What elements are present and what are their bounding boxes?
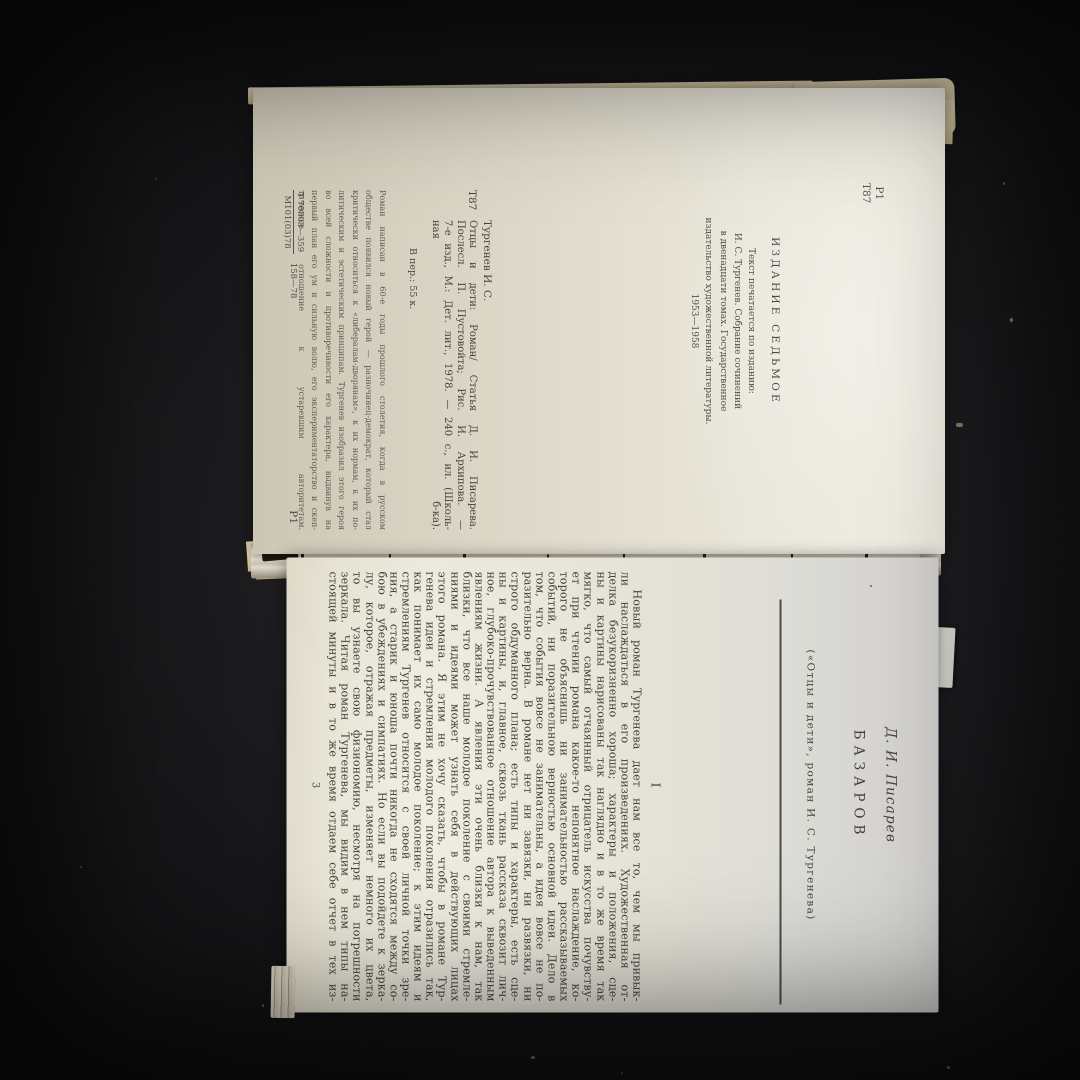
text-line: Послесл. П. Пустовойта; Рис. И. Архипова… bbox=[453, 220, 465, 530]
text-line: ет при чтении романа какое-то непонятное… bbox=[570, 572, 582, 1002]
photo-of-open-book: Р1 Т87 ИЗДАНИЕ СЕДЬМОЕ Текст печатается … bbox=[0, 0, 1080, 1080]
text-line: издательство художественной литературы. bbox=[701, 88, 715, 554]
page-number: 3 bbox=[310, 558, 321, 1013]
dust-speck bbox=[1010, 318, 1013, 322]
article-byline: Д. И. Писарев bbox=[883, 558, 899, 1013]
text-line: стремлениям Тургенев относится с своей л… bbox=[399, 572, 411, 1002]
text-line: литическим и эстетическим принципам. Тур… bbox=[335, 190, 349, 530]
text-line: стоящей минуты и в то же время отдаем се… bbox=[326, 572, 338, 1002]
edition-note: Текст печатается по изданию:И. С. Турген… bbox=[687, 88, 758, 554]
stamp-line: Т87 bbox=[860, 183, 873, 203]
article-title: БАЗАРОВ bbox=[851, 558, 867, 1013]
library-class-stamp: Р1 Т87 bbox=[860, 183, 885, 203]
article-page-surface: Д. И. Писарев БАЗАРОВ («Отцы и дети», ро… bbox=[287, 558, 939, 1013]
text-line: то вы узнаете свою физиономию, несмотря … bbox=[351, 572, 363, 1002]
text-line: ли наслаждаться в его произведениях. Худ… bbox=[618, 572, 630, 1002]
text-line: ны и картины, и, главное, сквозь ткань р… bbox=[497, 572, 509, 1002]
article-body: Новый роман Тургенева дает нам все то, ч… bbox=[326, 572, 642, 1002]
card-author: Тургенев И. С. bbox=[481, 220, 493, 301]
text-line: разительно верна. В романе нет ни завязк… bbox=[521, 572, 533, 1002]
dust-speck bbox=[621, 1072, 623, 1074]
text-line: как понимает их само молодое поколение; … bbox=[412, 572, 424, 1002]
text-line: И. С. Тургенев. Собрание сочинений bbox=[730, 88, 744, 554]
dust-speck bbox=[1003, 182, 1005, 185]
section-numeral: I bbox=[649, 558, 663, 1013]
article-subtitle: («Отцы и дети», роман И. С. Тургенева) bbox=[805, 558, 817, 1013]
index-classification: Р1 bbox=[287, 510, 299, 524]
text-line: близки, что все наше молодое поколение с… bbox=[460, 572, 472, 1002]
dust-speck bbox=[80, 866, 82, 868]
card-author-code: Т87 bbox=[466, 190, 478, 210]
text-line: ная б-ка). bbox=[429, 220, 441, 530]
dust-speck bbox=[947, 1066, 950, 1069]
text-line: том, что события вовсе не занимательны, … bbox=[533, 572, 545, 1002]
text-line: делка безукоризненно хороша; характеры и… bbox=[606, 572, 618, 1002]
text-line: ниями и идеями может узнать себя в дейст… bbox=[448, 572, 460, 1002]
text-line: Роман написан в 60-е годы прошлого столе… bbox=[376, 190, 390, 530]
index-denominator: М101(03)78 bbox=[282, 190, 293, 254]
index-numerator: Т 70803—359 bbox=[293, 190, 305, 254]
text-line: ния, а старик и юноша почти никогда не с… bbox=[387, 572, 399, 1002]
text-line: Текст печатается по изданию: bbox=[744, 88, 758, 554]
dust-speck bbox=[531, 1056, 535, 1059]
crumb bbox=[956, 423, 963, 427]
edition-heading: ИЗДАНИЕ СЕДЬМОЕ bbox=[769, 88, 781, 554]
dust-speck bbox=[262, 1004, 264, 1007]
card-index: Т 70803—359 М101(03)78 158—78 Р1 bbox=[282, 190, 305, 530]
text-line: обществе появился новый герой — разночин… bbox=[362, 190, 376, 530]
text-line: бою в убеждениях и симпатиях. Но если вы… bbox=[375, 572, 387, 1002]
text-line: Отцы и дети: Роман/ Статья Д. И. Писарев… bbox=[466, 220, 478, 530]
dust-speck bbox=[870, 585, 872, 587]
text-line: явлениям жизни. А явления эти очень близ… bbox=[472, 572, 484, 1002]
card-price: В пер.: 55 к. bbox=[407, 248, 418, 309]
text-line: событий, ни поразительною верностью осно… bbox=[545, 572, 557, 1002]
text-line: в двенадцати томах. Государственное bbox=[715, 88, 729, 554]
text-line: ное, глубоко-прочувствованное отношение … bbox=[484, 572, 496, 1002]
text-line: зеркала. Читая роман Тургенева, мы видим… bbox=[339, 572, 351, 1002]
text-line: генева идеи и стремления молодого поколе… bbox=[424, 572, 436, 1002]
fore-edge-leaves bbox=[271, 966, 296, 1018]
text-line: ны и картины нарисованы так наглядно и в… bbox=[594, 572, 606, 1002]
text-line: 7-е изд., М.: Дет. лит., 1978. — 240 с.,… bbox=[441, 220, 453, 530]
text-line: во всей сложности и противоречивости его… bbox=[322, 190, 336, 530]
text-line: Новый роман Тургенева дает нам все то, ч… bbox=[630, 572, 642, 1002]
stamp-line: Р1 bbox=[873, 183, 886, 203]
text-line: 1953—1958 bbox=[687, 88, 701, 554]
text-line: строго обдуманного плана; есть типы и ха… bbox=[509, 572, 521, 1002]
text-line: лу, которое, отражая предметы, изменяет … bbox=[363, 572, 375, 1002]
text-line: этого романа. Я этим не хочу сказать, чт… bbox=[436, 572, 448, 1002]
index-suffix: 158—78 bbox=[289, 263, 299, 299]
index-fraction: Т 70803—359 М101(03)78 bbox=[282, 190, 305, 254]
text-line: торого не объяснишь ни занимательностью … bbox=[557, 572, 569, 1002]
copyright-page-surface: Р1 Т87 ИЗДАНИЕ СЕДЬМОЕ Текст печатается … bbox=[253, 88, 945, 554]
text-line: критически относиться к «либералам-дворя… bbox=[349, 190, 363, 530]
article-page: Д. И. Писарев БАЗАРОВ («Отцы и дети», ро… bbox=[287, 557, 939, 1012]
title-rule bbox=[780, 600, 782, 1005]
text-line: первый план его ум и сильную волю, его э… bbox=[308, 190, 322, 530]
card-entry: Отцы и дети: Роман/ Статья Д. И. Писарев… bbox=[429, 220, 478, 530]
dust-speck bbox=[155, 178, 157, 180]
copyright-page: Р1 Т87 ИЗДАНИЕ СЕДЬМОЕ Текст печатается … bbox=[253, 88, 945, 554]
card-annotation: Роман написан в 60-е годы прошлого столе… bbox=[295, 190, 390, 530]
text-line: мягко, что самый отчаянный отрицатель ис… bbox=[582, 572, 594, 1002]
